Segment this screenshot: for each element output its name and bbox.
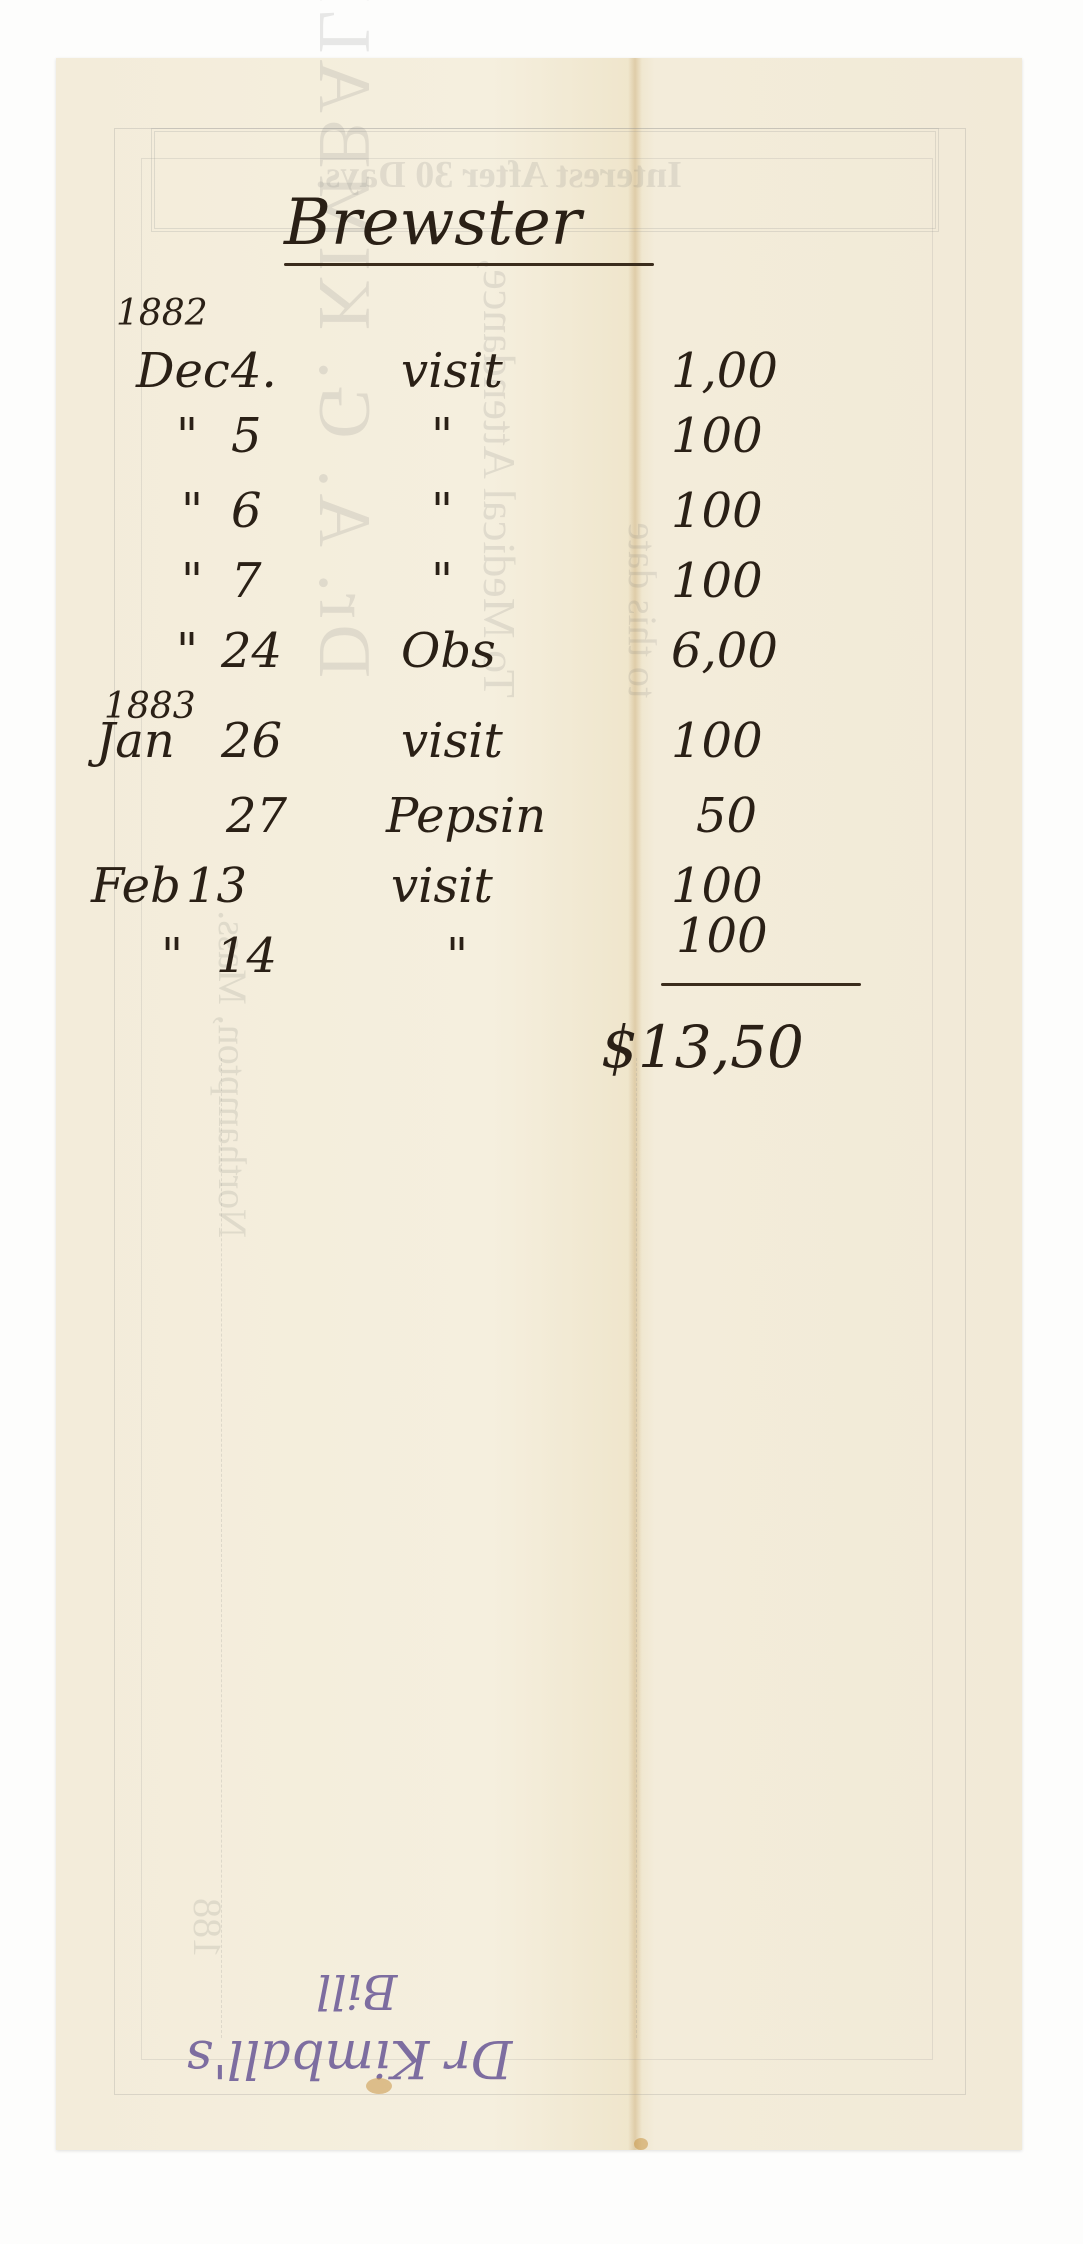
ledger-row: Jan 26 visit 100 xyxy=(56,713,1022,773)
entry-amount: 100 xyxy=(671,408,763,464)
entry-day: 7 xyxy=(231,553,262,609)
entry-item: visit xyxy=(391,858,493,914)
entry-day: 4. xyxy=(231,343,277,399)
ledger-row: Dec 4. visit 1,00 xyxy=(56,343,1022,403)
entry-amount: 1,00 xyxy=(671,343,778,399)
entry-amount: 6,00 xyxy=(671,623,778,679)
entry-month: Dec xyxy=(136,343,230,399)
entry-day: 26 xyxy=(221,713,282,769)
entry-amount: 100 xyxy=(671,553,763,609)
entry-month: " xyxy=(161,928,183,984)
ledger-row: " 14 " 100 xyxy=(56,928,1022,988)
heading-underline xyxy=(284,263,654,266)
entry-day: 13 xyxy=(186,858,247,914)
entry-month: " xyxy=(176,408,198,464)
ledger-row: " 6 " 100 xyxy=(56,483,1022,543)
entry-item: Pepsin xyxy=(386,788,546,844)
printed-rule-line xyxy=(636,1058,637,2038)
account-name-heading: Brewster xyxy=(284,186,581,260)
entry-amount: 100 xyxy=(671,713,763,769)
entry-month: " xyxy=(181,483,203,539)
entry-amount: 100 xyxy=(671,483,763,539)
entry-day: 14 xyxy=(216,928,277,984)
year-marker: 1882 xyxy=(116,293,208,334)
ledger-row: 27 Pepsin 50 xyxy=(56,788,1022,848)
entry-month: Jan xyxy=(96,713,175,769)
entry-day: 24 xyxy=(221,623,282,679)
entry-month: " xyxy=(181,553,203,609)
entry-day: 6 xyxy=(231,483,262,539)
ledger-row: " 24 Obs 6,00 xyxy=(56,623,1022,683)
entry-item: " xyxy=(446,928,468,984)
entry-amount: 100 xyxy=(671,858,763,914)
entry-item: Obs xyxy=(401,623,496,679)
pencil-note-name: Dr Kimball's xyxy=(186,2028,512,2088)
paper-stain xyxy=(366,2078,392,2094)
entry-month: " xyxy=(176,623,198,679)
show-through-year: 188 xyxy=(184,1898,231,1958)
entry-day: 27 xyxy=(226,788,287,844)
pencil-note-bill: Bill xyxy=(316,1963,397,2019)
ledger-row: " 7 " 100 xyxy=(56,553,1022,613)
paper-stain xyxy=(634,2138,648,2150)
entry-amount: 50 xyxy=(696,788,757,844)
entry-item: " xyxy=(431,408,453,464)
bill-total: $13,50 xyxy=(601,1013,804,1081)
ledger-row: " 5 " 100 xyxy=(56,408,1022,468)
ledger-row: Feb 13 visit 100 xyxy=(56,858,1022,918)
entry-month: Feb xyxy=(91,858,181,914)
entry-item: visit xyxy=(401,713,503,769)
sum-underline xyxy=(661,983,861,986)
bill-paper: Interest After 30 Days. Dr. A. G. KIMBAL… xyxy=(56,58,1022,2150)
entry-day: 5 xyxy=(231,408,262,464)
entry-amount: 100 xyxy=(676,908,768,964)
entry-item: visit xyxy=(401,343,503,399)
entry-item: " xyxy=(431,553,453,609)
entry-item: " xyxy=(431,483,453,539)
